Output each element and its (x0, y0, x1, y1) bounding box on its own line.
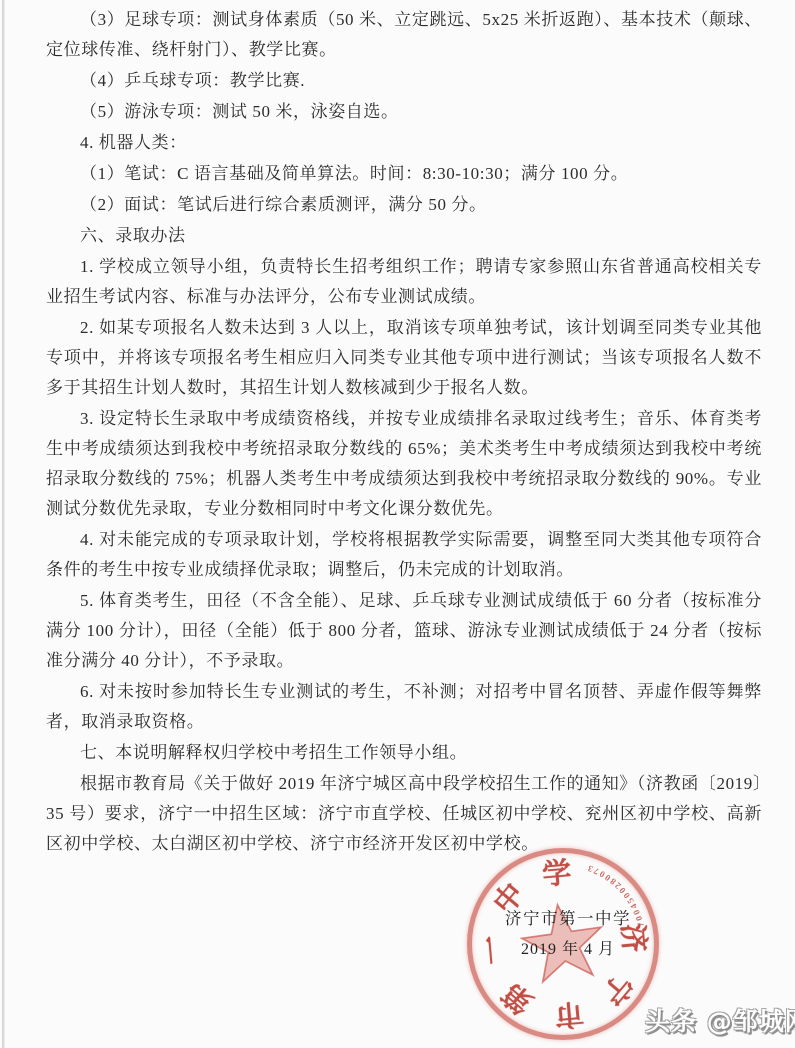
seal-ring-char: 市 (551, 995, 588, 1032)
scanned-document-page: （3）足球专项：测试身体素质（50 米、立定跳远、5x25 米折返跑）、基本技术… (0, 0, 795, 1048)
paragraph-swimming: （5）游泳专项：测试 50 米，泳姿自选。 (46, 97, 762, 127)
seal-serial-digit: 0 (614, 882, 631, 899)
seal-serial-digit: 7 (588, 863, 604, 879)
seal-ring-char: 第 (494, 974, 542, 1022)
watermark-toutiao: 头条 @邹城网 (645, 1002, 795, 1038)
paragraph-pingpong: （4）乒乓球专项：教学比赛. (46, 66, 762, 96)
seal-serial-digit: 8 (605, 873, 622, 890)
section-heading-interpretation: 七、本说明解释权归学校中考招生工作领导小组。 (46, 738, 762, 768)
seal-serial-digit: 0 (599, 869, 616, 886)
paragraph-football: （3）足球专项：测试身体素质（50 米、立定跳远、5x25 米折返跑）、基本技术… (46, 5, 762, 65)
paragraph-admission-4: 4. 对未能完成的专项录取计划，学校将根据教学实际需要，调整至同大类其他专项符合… (46, 525, 762, 585)
paragraph-admission-1: 1. 学校成立领导小组，负责特长生招考组织工作；聘请专家参照山东省普通高校相关专… (46, 252, 762, 312)
signature-date: 2019 年 4 月 (470, 936, 666, 959)
seal-serial-digit: 3 (583, 861, 598, 876)
paragraph-robot-written: （1）笔试：C 语言基础及简单算法。时间：8:30-10:30；满分 100 分… (46, 159, 762, 189)
seal-serial-digit: 0 (594, 866, 610, 882)
seal-serial-digit: 2 (609, 877, 626, 894)
paragraph-robot-interview: （2）面试：笔试后进行综合素质测评，满分 50 分。 (46, 190, 762, 220)
paragraph-district: 根据市教育局《关于做好 2019 年济宁城区高中段学校招生工作的通知》（济教函〔… (46, 769, 762, 859)
paragraph-admission-6: 6. 对未按时参加特长生专业测试的考生，不补测；对招考中冒名顶替、弄虚作假等舞弊… (46, 677, 762, 737)
paragraph-admission-5: 5. 体育类考生，田径（不含全能）、足球、乒乓球专业测试成绩低于 60 分者（按… (46, 586, 762, 676)
signature-school: 济宁市第一中学 (470, 905, 666, 929)
document-body: （3）足球专项：测试身体素质（50 米、立定跳远、5x25 米折返跑）、基本技术… (46, 5, 762, 860)
paragraph-admission-3: 3. 设定特长生录取中考成绩资格线，并按专业成绩排名录取过线考生；音乐、体育类考… (46, 404, 762, 524)
scan-edge-line (2, 0, 5, 1048)
seal-ring-char: 宁 (593, 965, 641, 1013)
paragraph-robot-heading: 4. 机器人类： (46, 128, 762, 158)
seal-serial-digit: 0 (618, 887, 635, 904)
seal-ring-char: 学 (538, 856, 575, 893)
paragraph-admission-2: 2. 如某专项报名人数未达到 3 人以上，取消该专项单独考试，该计划调至同类专业… (46, 313, 762, 403)
section-heading-admission: 六、录取办法 (46, 221, 762, 251)
